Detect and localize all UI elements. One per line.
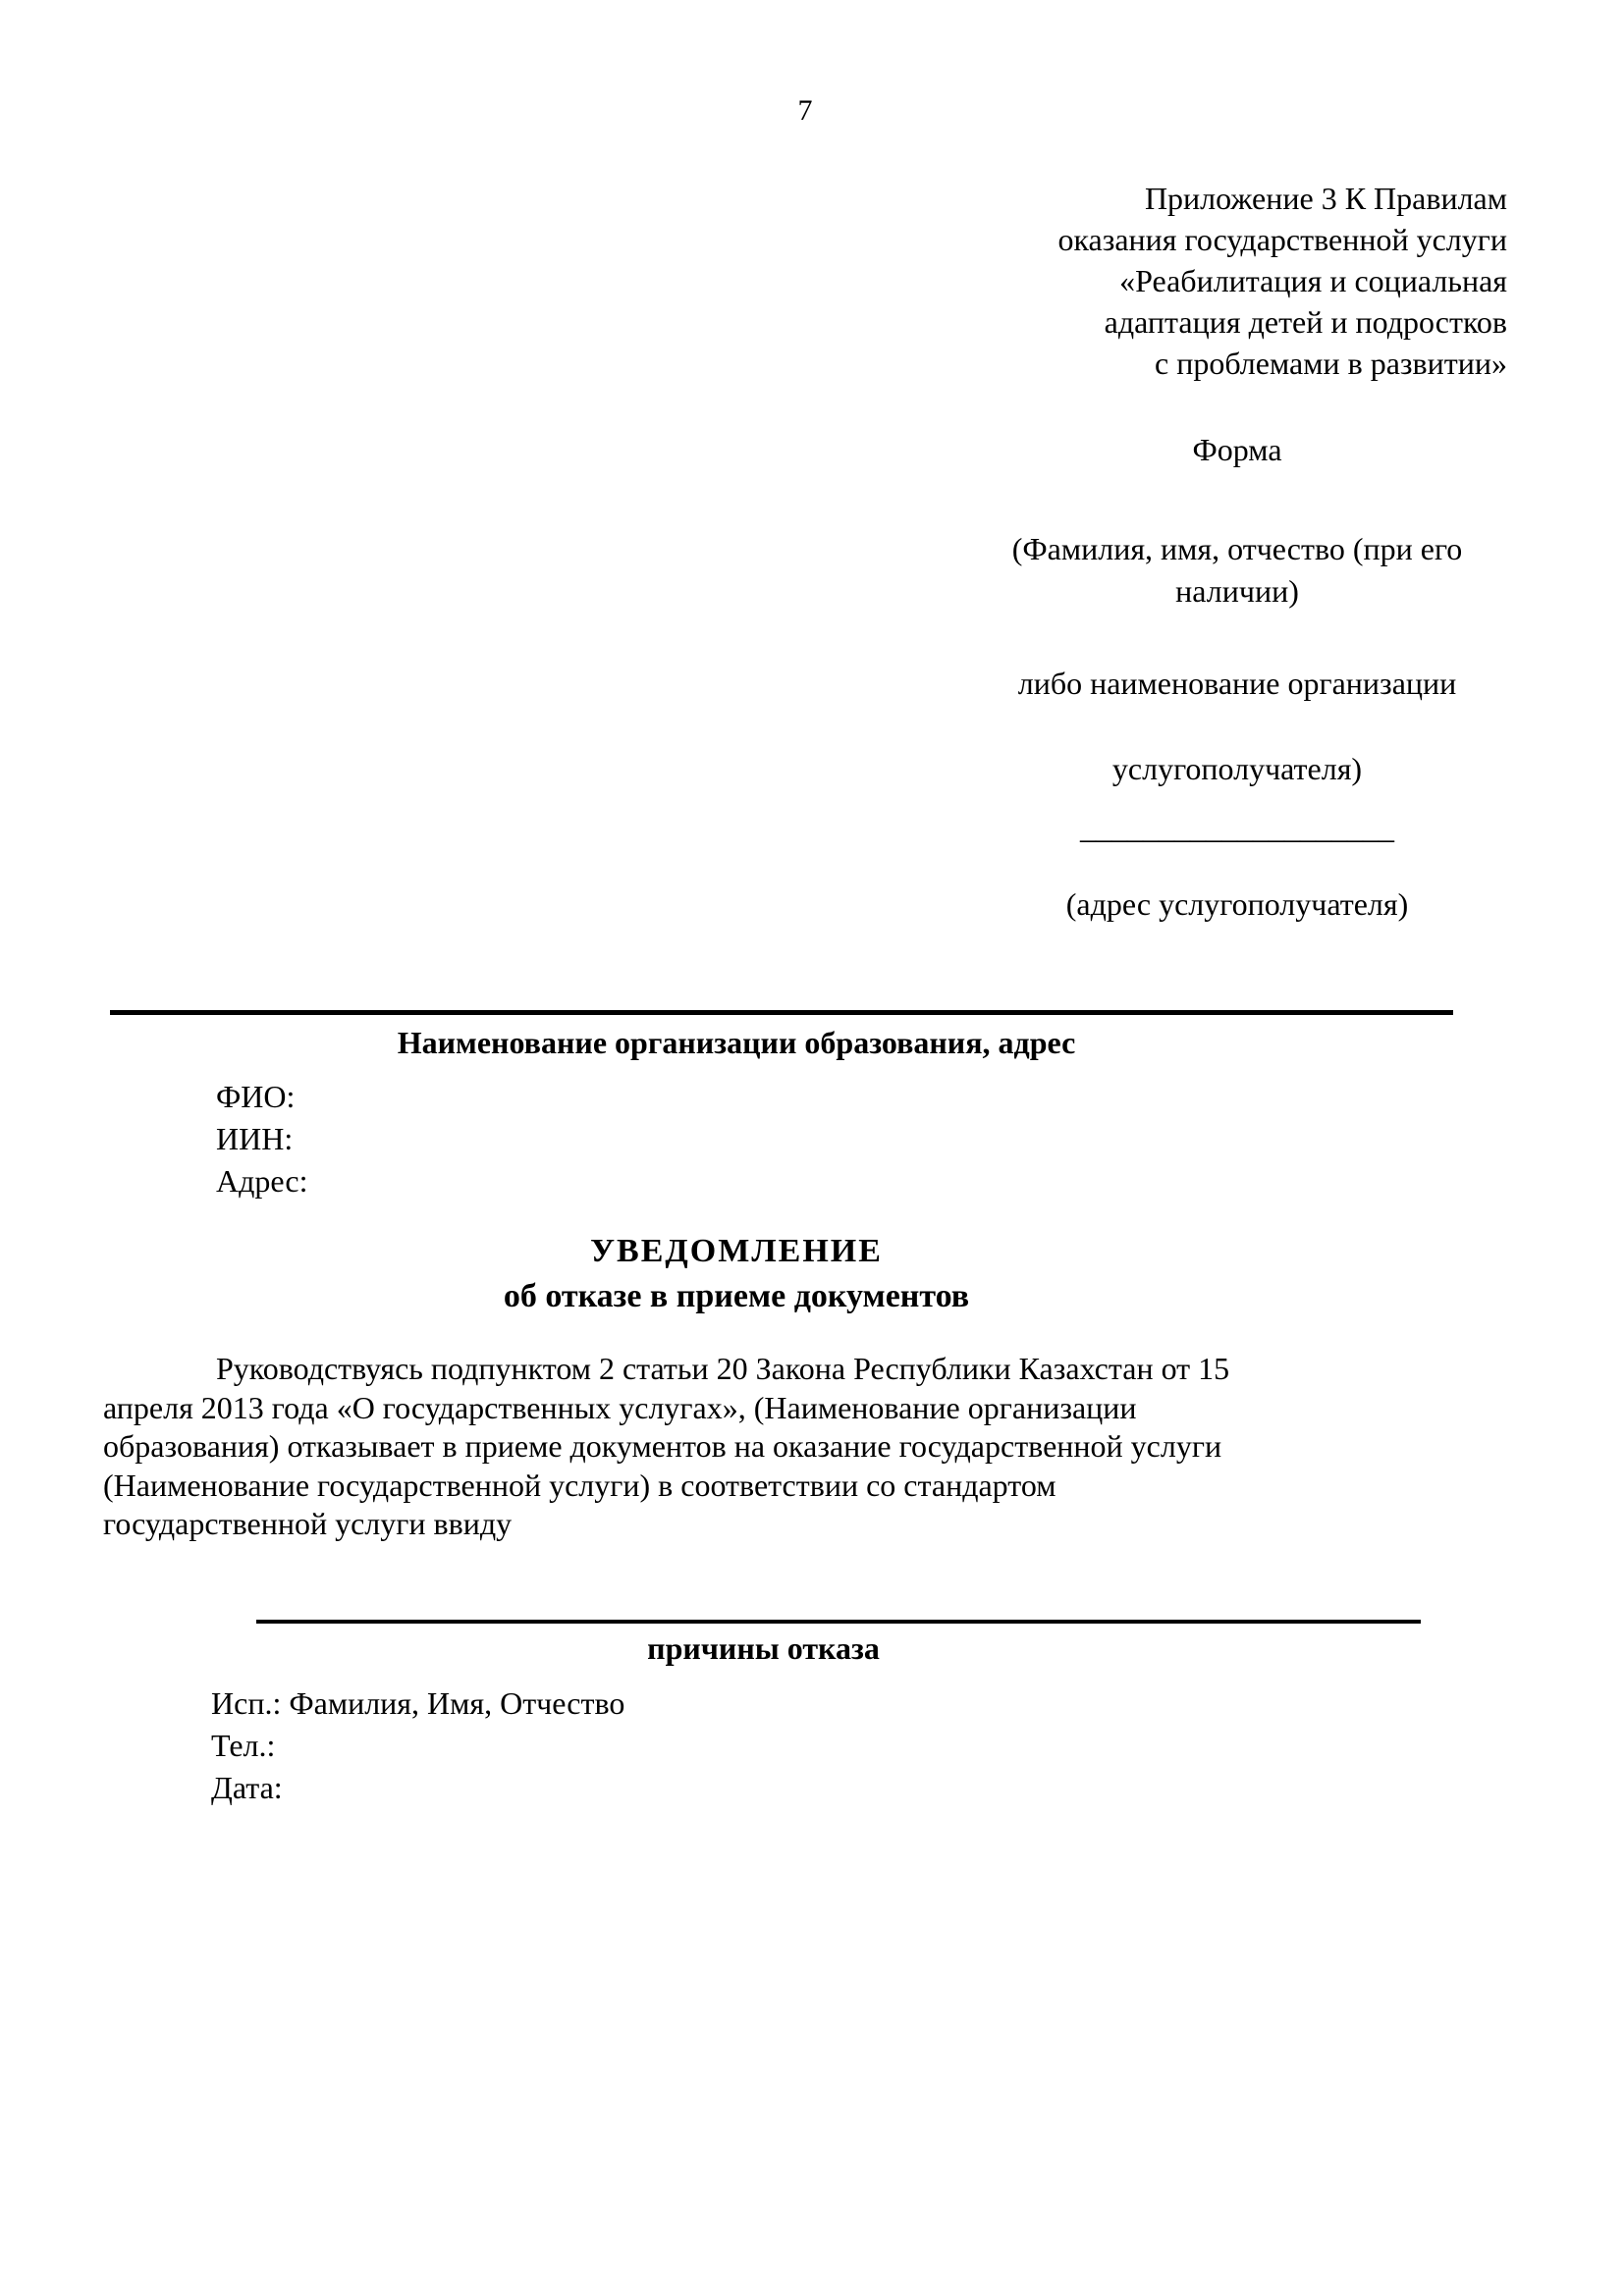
- blank-underscore-line: ____________________: [967, 807, 1507, 849]
- appendix-reference: Приложение 3 К Правилам оказания государ…: [967, 178, 1507, 384]
- recipient-note-line-1: (Фамилия, имя, отчество (при его: [967, 528, 1507, 570]
- notice-body-paragraph: Руководствуясь подпунктом 2 статьи 20 За…: [103, 1350, 1478, 1544]
- paragraph-line-3: образования) отказывает в приеме докумен…: [103, 1427, 1478, 1467]
- paragraph-line-1: Руководствуясь подпунктом 2 статьи 20 За…: [103, 1350, 1478, 1389]
- executor-line: Исп.: Фамилия, Имя, Отчество: [211, 1682, 624, 1725]
- document-page: 7 Приложение 3 К Правилам оказания госуд…: [0, 0, 1624, 2296]
- org-name-note: либо наименование организации: [967, 666, 1507, 702]
- applicant-fields: ФИО: ИИН: Адрес:: [216, 1076, 307, 1202]
- header-right-block: Приложение 3 К Правилам оказания государ…: [967, 0, 1507, 982]
- notice-subtitle: об отказе в приеме документов: [103, 1278, 1370, 1315]
- appendix-line-3: «Реабилитация и социальная: [967, 260, 1507, 301]
- recipient-name-note: (Фамилия, имя, отчество (при его наличии…: [967, 528, 1507, 613]
- executor-block: Исп.: Фамилия, Имя, Отчество Тел.: Дата:: [211, 1682, 624, 1809]
- notice-title: УВЕДОМЛЕНИЕ: [103, 1233, 1370, 1270]
- recipient-note-line-2: наличии): [967, 570, 1507, 613]
- paragraph-line-5: государственной услуги ввиду: [103, 1505, 1478, 1544]
- date-line: Дата:: [211, 1767, 624, 1809]
- paragraph-line-4: (Наименование государственной услуги) в …: [103, 1467, 1478, 1506]
- appendix-line-2: оказания государственной услуги: [967, 219, 1507, 260]
- field-address-label: Адрес:: [216, 1160, 307, 1202]
- field-iin-label: ИИН:: [216, 1118, 307, 1160]
- appendix-line-5: с проблемами в развитии»: [967, 343, 1507, 384]
- refusal-reasons-caption: причины отказа: [103, 1630, 1424, 1667]
- recipient-suffix-note: услугополучателя): [967, 751, 1507, 787]
- paragraph-line-2: апреля 2013 года «О государственных услу…: [103, 1389, 1478, 1428]
- field-fio-label: ФИО:: [216, 1076, 307, 1118]
- address-note: (адрес услугополучателя): [967, 886, 1507, 923]
- refusal-reasons-fill-rule: [256, 1620, 1421, 1624]
- org-name-fill-rule: [110, 1010, 1453, 1015]
- form-label: Форма: [967, 432, 1507, 468]
- appendix-line-1: Приложение 3 К Правилам: [967, 178, 1507, 219]
- org-rule-caption: Наименование организации образования, ад…: [103, 1025, 1370, 1061]
- phone-line: Тел.:: [211, 1725, 624, 1767]
- appendix-line-4: адаптация детей и подростков: [967, 301, 1507, 343]
